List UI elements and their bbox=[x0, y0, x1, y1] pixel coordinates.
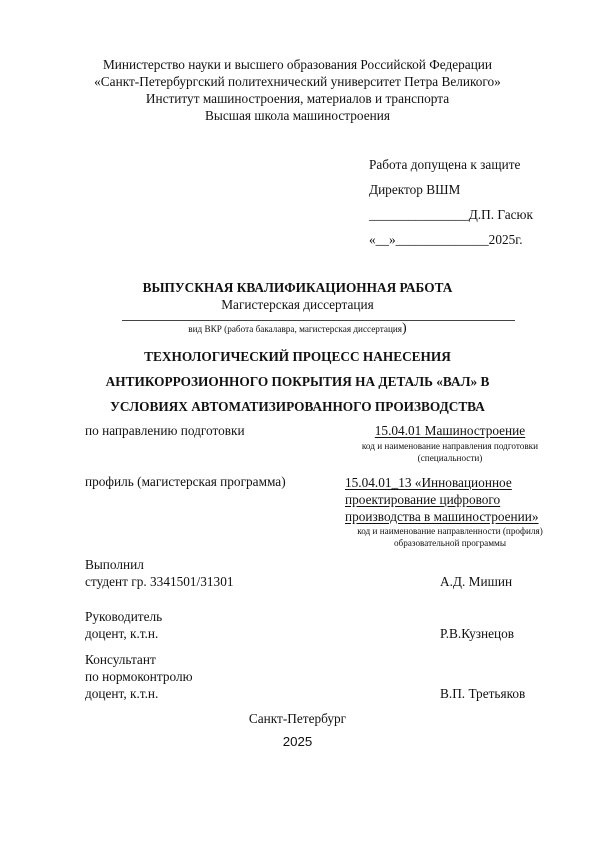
work-type-caption: вид ВКР (работа бакалавра, магистерская … bbox=[0, 323, 595, 335]
ministry-line: Министерство науки и высшего образования… bbox=[0, 57, 595, 73]
work-type-caption-paren: ) bbox=[402, 321, 407, 336]
work-type-divider bbox=[122, 320, 515, 321]
work-type-value: Магистерская диссертация bbox=[0, 297, 595, 313]
supervisor-name: Р.В.Кузнецов bbox=[440, 626, 514, 642]
year: 2025 bbox=[0, 734, 595, 750]
director-signature-line: _______________Д.П. Гасюк bbox=[369, 207, 533, 223]
director-position: Директор ВШМ bbox=[369, 182, 460, 198]
profile-caption-2: образовательной программы bbox=[345, 537, 555, 549]
supervisor-role: Руководитель bbox=[85, 609, 162, 625]
direction-caption-1: код и наименование направления подготовк… bbox=[340, 440, 560, 452]
profile-value-line-1: 15.04.01_13 «Инновационное bbox=[345, 474, 560, 491]
city: Санкт-Петербург bbox=[0, 711, 595, 727]
author-position: студент гр. 3341501/31301 bbox=[85, 574, 234, 590]
direction-value: 15.04.01 Машиностроение bbox=[340, 423, 560, 439]
author-name: А.Д. Мишин bbox=[440, 574, 512, 590]
admitted-to-defense: Работа допущена к защите bbox=[369, 157, 520, 173]
profile-caption-1: код и наименование направленности (профи… bbox=[345, 525, 555, 537]
work-type-title: ВЫПУСКНАЯ КВАЛИФИКАЦИОННАЯ РАБОТА bbox=[0, 280, 595, 296]
profile-value-line-3: производства в машиностроении» bbox=[345, 508, 560, 525]
consultant-role-detail: по нормоконтролю bbox=[85, 669, 193, 685]
profile-label: профиль (магистерская программа) bbox=[85, 474, 286, 490]
direction-label: по направлению подготовки bbox=[85, 423, 245, 439]
author-role: Выполнил bbox=[85, 557, 144, 573]
consultant-position: доцент, к.т.н. bbox=[85, 686, 158, 702]
consultant-role: Консультант bbox=[85, 652, 156, 668]
profile-value-line-2: проектирование цифрового bbox=[345, 491, 560, 508]
thesis-title-line-1: ТЕХНОЛОГИЧЕСКИЙ ПРОЦЕСС НАНЕСЕНИЯ bbox=[0, 349, 595, 365]
university-line: «Санкт-Петербургский политехнический уни… bbox=[0, 74, 595, 90]
consultant-name: В.П. Третьяков bbox=[440, 686, 525, 702]
thesis-title-line-2: АНТИКОРРОЗИОННОГО ПОКРЫТИЯ НА ДЕТАЛЬ «ВА… bbox=[0, 374, 595, 390]
approval-date-line: «__»______________2025г. bbox=[369, 232, 523, 248]
work-type-caption-text: вид ВКР (работа бакалавра, магистерская … bbox=[188, 324, 402, 334]
direction-caption-2: (специальности) bbox=[340, 452, 560, 464]
supervisor-position: доцент, к.т.н. bbox=[85, 626, 158, 642]
profile-value-block: 15.04.01_13 «Инновационное проектировани… bbox=[345, 474, 560, 549]
school-line: Высшая школа машиностроения bbox=[0, 108, 595, 124]
thesis-title-line-3: УСЛОВИЯХ АВТОМАТИЗИРОВАННОГО ПРОИЗВОДСТВ… bbox=[0, 399, 595, 415]
institute-line: Институт машиностроения, материалов и тр… bbox=[0, 91, 595, 107]
direction-value-block: 15.04.01 Машиностроение код и наименован… bbox=[340, 423, 560, 464]
